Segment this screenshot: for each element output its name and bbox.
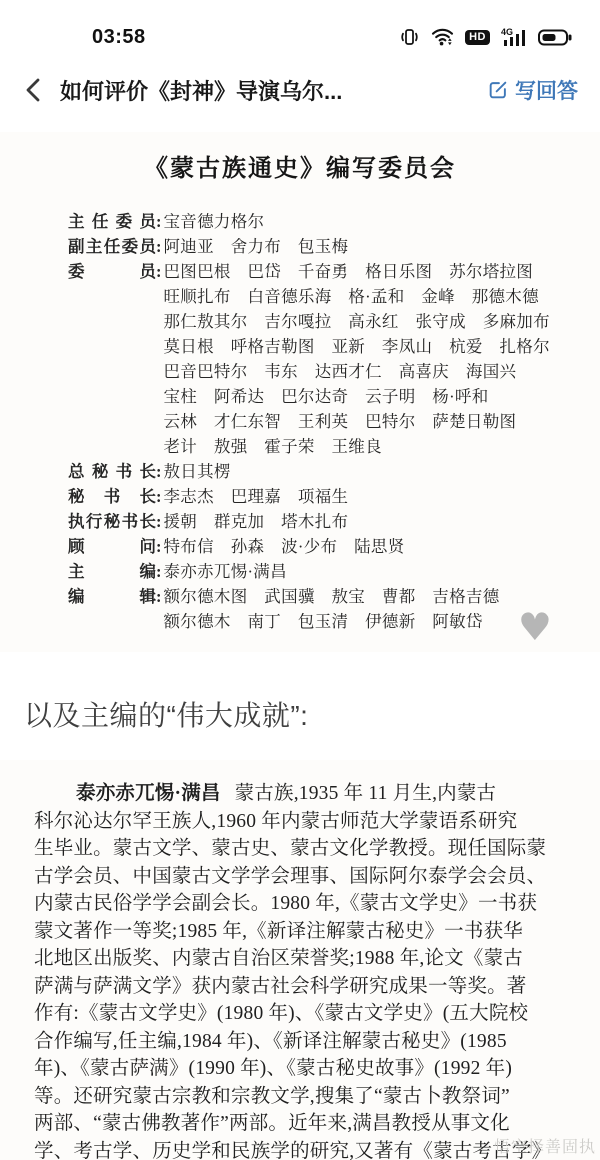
biography-line: 泰亦赤兀惕·满昌蒙古族,1935 年 11 月生,内蒙古: [34, 780, 574, 808]
committee-row: 总秘书长:敖日其楞: [68, 459, 600, 484]
back-button[interactable]: [22, 75, 52, 105]
signal-4g-icon: 4G: [501, 27, 527, 47]
role-label: 执行秘书长: [68, 509, 156, 534]
write-answer-button[interactable]: 写回答: [487, 75, 578, 105]
member-names: 宝音德力格尔: [164, 212, 265, 231]
member-names: 旺顺扎布 白音德乐海 格·孟和 金峰 那德木德: [164, 287, 539, 306]
committee-row: 主任委员:宝音德力格尔: [68, 209, 600, 234]
committee-row: :巴音巴特尔 韦东 达西才仁 高喜庆 海国兴: [68, 359, 600, 384]
biography-line: 作有:《蒙古文学史》(1980 年)、《蒙古文学史》(五大院校: [34, 1000, 574, 1028]
chevron-left-icon: [22, 76, 44, 104]
role-label: 主编: [68, 559, 156, 584]
committee-row: 顾问:特布信 孙森 波·少布 陆思贤: [68, 534, 600, 559]
biography-line: 古学会员、中国蒙古文学学会理事、国际阿尔泰学会会员、: [34, 863, 574, 891]
role-label: 副主任委员: [68, 234, 156, 259]
committee-row: :那仁敖其尔 吉尔嘎拉 高永红 张守成 多麻加布: [68, 309, 600, 334]
clock: 03:58: [92, 26, 146, 49]
committee-scan-image[interactable]: 《蒙古族通史》编写委员会 主任委员:宝音德力格尔副主任委员:阿迪亚 舍力布 包玉…: [0, 132, 600, 652]
committee-row: :莫日根 呼格吉勒图 亚新 李凤山 杭爱 扎格尔: [68, 334, 600, 359]
biography-line: 科尔沁达尔罕王族人,1960 年内蒙古师范大学蒙语系研究: [34, 808, 574, 836]
member-names: 巴音巴特尔 韦东 达西才仁 高喜庆 海国兴: [164, 362, 517, 381]
answer-heading: 以及主编的“伟大成就”:: [24, 694, 576, 734]
member-names: 李志杰 巴理嘉 项福生: [164, 487, 349, 506]
committee-list: 主任委员:宝音德力格尔副主任委员:阿迪亚 舍力布 包玉梅委员:巴图巴根 巴岱 千…: [68, 209, 600, 634]
committee-row: 委员:巴图巴根 巴岱 千奋勇 格日乐图 苏尔塔拉图: [68, 259, 600, 284]
role-label: 主任委员: [68, 209, 156, 234]
committee-row: :旺顺扎布 白音德乐海 格·孟和 金峰 那德木德: [68, 284, 600, 309]
biography-line: 蒙文著作一等奖;1985 年,《新译注解蒙古秘史》一书获华: [34, 918, 574, 946]
svg-text:4G: 4G: [501, 27, 513, 37]
member-names: 老计 敖强 霍子荣 王维良: [164, 437, 382, 456]
wifi-icon: [431, 27, 454, 47]
biography-scan-image[interactable]: 泰亦赤兀惕·满昌蒙古族,1935 年 11 月生,内蒙古科尔沁达尔罕王族人,19…: [0, 760, 600, 1160]
role-label: 编辑: [68, 584, 156, 609]
role-label: 顾问: [68, 534, 156, 559]
heart-icon[interactable]: ♥: [518, 608, 552, 646]
status-icons: HD 4G: [399, 27, 572, 47]
member-names: 援朝 群克加 塔木扎布: [164, 512, 349, 531]
vibrate-icon: [399, 27, 420, 47]
biography-text: 泰亦赤兀惕·满昌蒙古族,1935 年 11 月生,内蒙古科尔沁达尔罕王族人,19…: [34, 780, 574, 1160]
member-names: 莫日根 呼格吉勒图 亚新 李凤山 杭爱 扎格尔: [164, 337, 550, 356]
question-title: 如何评价《封神》导演乌尔...: [60, 75, 487, 106]
role-label: 秘书长: [68, 484, 156, 509]
biography-line: 年)、《蒙古萨满》(1990 年)、《蒙古秘史故事》(1992 年): [34, 1055, 574, 1083]
committee-row: 主编:泰亦赤兀惕·满昌: [68, 559, 600, 584]
nav-bar: 如何评价《封神》导演乌尔... 写回答: [0, 54, 600, 112]
member-names: 额尔德木图 武国骥 敖宝 曹都 吉格吉德: [164, 587, 500, 606]
member-names: 那仁敖其尔 吉尔嘎拉 高永红 张守成 多麻加布: [164, 312, 550, 331]
member-names: 阿迪亚 舍力布 包玉梅: [164, 237, 349, 256]
member-names: 宝柱 阿希达 巴尔达奇 云子明 杨·呼和: [164, 387, 489, 406]
hd-badge: HD: [465, 30, 490, 45]
committee-row: 执行秘书长:援朝 群克加 塔木扎布: [68, 509, 600, 534]
edit-icon: [487, 79, 509, 101]
committee-title: 《蒙古族通史》编写委员会: [0, 148, 600, 183]
write-answer-label: 写回答: [515, 75, 578, 105]
biography-line: 等。还研究蒙古宗教和宗教文学,搜集了“蒙古卜教祭词”: [34, 1083, 574, 1111]
biography-line: 合作编写,任主编,1984 年)、《新译注解蒙古秘史》(1985: [34, 1028, 574, 1056]
member-names: 泰亦赤兀惕·满昌: [164, 562, 287, 581]
member-names: 巴图巴根 巴岱 千奋勇 格日乐图 苏尔塔拉图: [164, 262, 534, 281]
screen: 03:58 HD: [0, 0, 600, 1160]
member-names: 敖日其楞: [164, 462, 231, 481]
biography-line: 北地区出版奖、内蒙古自治区荣誉奖;1988 年,论文《蒙古: [34, 945, 574, 973]
committee-row: 秘书长:李志杰 巴理嘉 项福生: [68, 484, 600, 509]
watermark: 悟空择善固执: [494, 1134, 596, 1157]
committee-row: 副主任委员:阿迪亚 舍力布 包玉梅: [68, 234, 600, 259]
member-names: 特布信 孙森 波·少布 陆思贤: [164, 537, 405, 556]
biography-line: 萨满与萨满文学》获内蒙古社会科学研究成果一等奖。著: [34, 973, 574, 1001]
committee-row: :云林 才仁东智 王利英 巴特尔 萨楚日勒图: [68, 409, 600, 434]
biography-line: 生毕业。蒙古文学、蒙古史、蒙古文化学教授。现任国际蒙: [34, 835, 574, 863]
committee-row: :老计 敖强 霍子荣 王维良: [68, 434, 600, 459]
member-names: 云林 才仁东智 王利英 巴特尔 萨楚日勒图: [164, 412, 517, 431]
battery-icon: [538, 28, 572, 47]
status-bar: 03:58 HD: [0, 0, 600, 54]
role-label: 委员: [68, 259, 156, 284]
editor-name: 泰亦赤兀惕·满昌: [76, 783, 221, 804]
biography-line: 内蒙古民俗学学会副会长。1980 年,《蒙古文学史》一书获: [34, 890, 574, 918]
role-label: 总秘书长: [68, 459, 156, 484]
member-names: 额尔德木 南丁 包玉清 伊德新 阿敏岱: [164, 612, 483, 631]
committee-row: :宝柱 阿希达 巴尔达奇 云子明 杨·呼和: [68, 384, 600, 409]
